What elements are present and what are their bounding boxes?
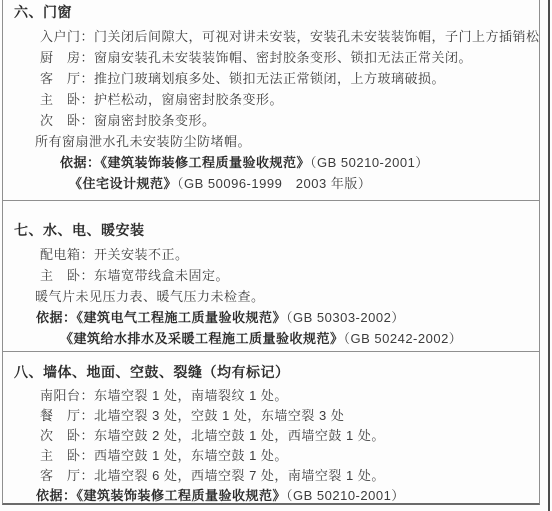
standard-name: 《建筑给水排水及采暖工程施工质量验收规范》 — [60, 331, 344, 346]
standard-code: （GB 50210-2001） — [286, 488, 405, 503]
defect-line: 客 厅：北墙空裂 6 处，西墙空裂 7 处，南墙空裂 1 处。 — [3, 466, 539, 486]
standard-name: 依据：《建筑装饰装修工程质量验收规范》 — [36, 488, 286, 503]
standard-code: （GB 50096-1999 2003 年版） — [177, 176, 371, 191]
basis-line: 依据：《建筑装饰装修工程质量验收规范》（GB 50210-2001） — [3, 486, 539, 503]
defect-line: 暖气片未见压力表、暖气压力未检查。 — [3, 286, 539, 307]
defect-line: 客 厅：推拉门玻璃划痕多处、锁扣无法正常锁闭，上方玻璃破损。 — [3, 68, 539, 89]
defect-line: 主 卧：西墙空鼓 1 处，东墙空鼓 1 处。 — [3, 446, 539, 466]
basis-line: 《建筑给水排水及采暖工程施工质量验收规范》（GB 50242-2002） — [3, 328, 539, 349]
standard-code: （GB 50303-2002） — [286, 310, 405, 325]
section-doors-windows: 六、门窗 入户门：门关闭后间隙大，可视对讲未安装，安装孔未安装装饰帽，子门上方插… — [3, 0, 539, 200]
section-title: 八、墙体、地面、空鼓、裂缝（均有标记） — [3, 362, 539, 382]
page-right-edge-line — [548, 0, 550, 511]
defect-line: 次 卧：东墙空鼓 2 处，北墙空鼓 1 处，西墙空鼓 1 处。 — [3, 426, 539, 446]
defect-line: 主 卧：护栏松动，窗扇密封胶条变形。 — [3, 89, 539, 110]
standard-code: （GB 50242-2002） — [344, 331, 463, 346]
defect-line: 配电箱：开关安装不正。 — [3, 244, 539, 265]
defect-line: 南阳台：东墙空裂 1 处，南墙裂纹 1 处。 — [3, 386, 539, 406]
defect-line: 餐 厅：北墙空裂 3 处，空鼓 1 处，东墙空裂 3 处 — [3, 406, 539, 426]
standard-code: （GB 50210-2001） — [310, 155, 429, 170]
defect-line: 入户门：门关闭后间隙大，可视对讲未安装，安装孔未安装装饰帽，子门上方插销松动。 — [3, 26, 539, 47]
basis-line: 依据：《建筑装饰装修工程质量验收规范》（GB 50210-2001） — [3, 152, 539, 173]
report-table: 六、门窗 入户门：门关闭后间隙大，可视对讲未安装，安装孔未安装装饰帽，子门上方插… — [2, 0, 540, 505]
standard-name: 依据：《建筑装饰装修工程质量验收规范》 — [60, 155, 310, 170]
section-walls-floors-cracks: 八、墙体、地面、空鼓、裂缝（均有标记） 南阳台：东墙空裂 1 处，南墙裂纹 1 … — [3, 351, 539, 503]
standard-name: 《住宅设计规范》 — [69, 176, 177, 191]
defect-line: 次 卧：窗扇密封胶条变形。 — [3, 110, 539, 131]
scanned-inspection-report: { "colors": { "border": "#8f8f8f", "bott… — [0, 0, 552, 511]
basis-line: 依据：《建筑电气工程施工质量验收规范》（GB 50303-2002） — [3, 307, 539, 328]
standard-name: 依据：《建筑电气工程施工质量验收规范》 — [36, 310, 286, 325]
defect-line: 厨 房：窗扇安装孔未安装装饰帽、密封胶条变形、锁扣无法正常关闭。 — [3, 47, 539, 68]
section-title: 六、门窗 — [3, 2, 539, 22]
defect-line: 所有窗扇泄水孔未安装防尘防堵帽。 — [3, 131, 539, 152]
defect-line: 主 卧：东墙宽带线盒未固定。 — [3, 265, 539, 286]
basis-line: 《住宅设计规范》（GB 50096-1999 2003 年版） — [3, 173, 539, 194]
section-water-electric-heating: 七、水、电、暖安装 配电箱：开关安装不正。 主 卧：东墙宽带线盒未固定。 暖气片… — [3, 200, 539, 351]
section-title: 七、水、电、暖安装 — [3, 220, 539, 240]
